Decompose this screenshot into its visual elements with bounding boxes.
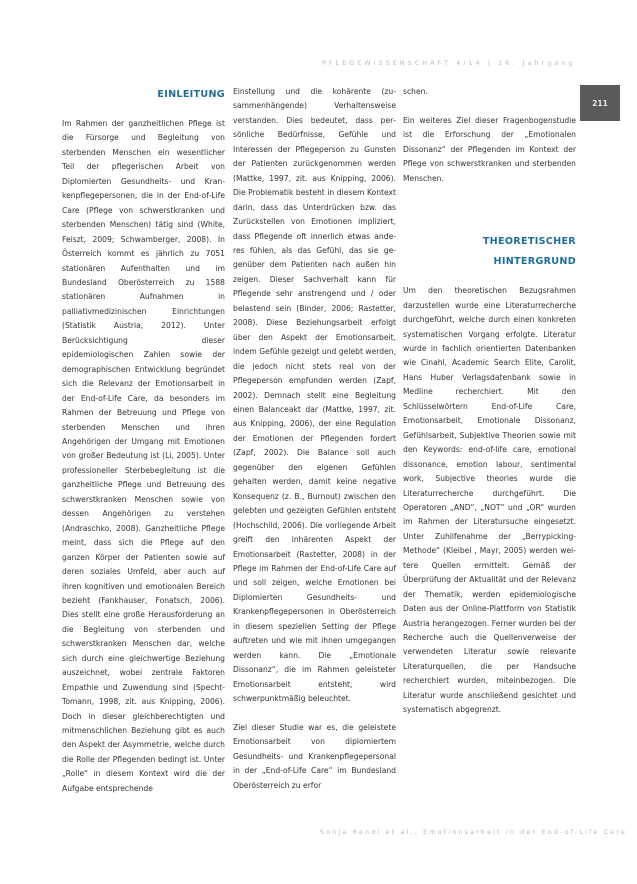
einleitung-paragraph-2: Einstellung und die kohärente (zu­sammen… (233, 85, 396, 706)
page-number: 211 (592, 99, 608, 108)
section-heading-einleitung: EINLEITUNG (62, 85, 225, 105)
running-footer: Sonja Rendl et al., Emotionsarbeit in de… (320, 829, 580, 836)
running-head: PFLEGEWISSENSCHAFT 4/14 | 16. Jahrgang (322, 60, 567, 67)
einleitung-paragraph-3: Ziel dieser Studie war es, die geleiste­… (233, 721, 396, 793)
column-1: EINLEITUNG Im Rahmen der ganzheitlichen … (62, 85, 225, 796)
heading-line-1: THEORETISCHER (403, 232, 576, 252)
page-number-tab: 211 (580, 85, 620, 121)
theorie-paragraph-1: Um den theoretischen Bezugsrahmen darzus… (403, 284, 576, 718)
einleitung-paragraph-1: Im Rahmen der ganzheitlichen Pflege ist … (62, 117, 225, 796)
column-3: schen. Ein weiteres Ziel dieser Fragenbo… (403, 85, 576, 718)
column-2: Einstellung und die kohärente (zu­sammen… (233, 85, 396, 793)
einleitung-paragraph-4: Ein weiteres Ziel dieser Fragenbogen­stu… (403, 114, 576, 186)
section-heading-theorie: THEORETISCHER HINTERGRUND (403, 232, 576, 272)
einleitung-paragraph-3-cont: schen. (403, 85, 576, 99)
heading-line-2: HINTERGRUND (403, 252, 576, 272)
